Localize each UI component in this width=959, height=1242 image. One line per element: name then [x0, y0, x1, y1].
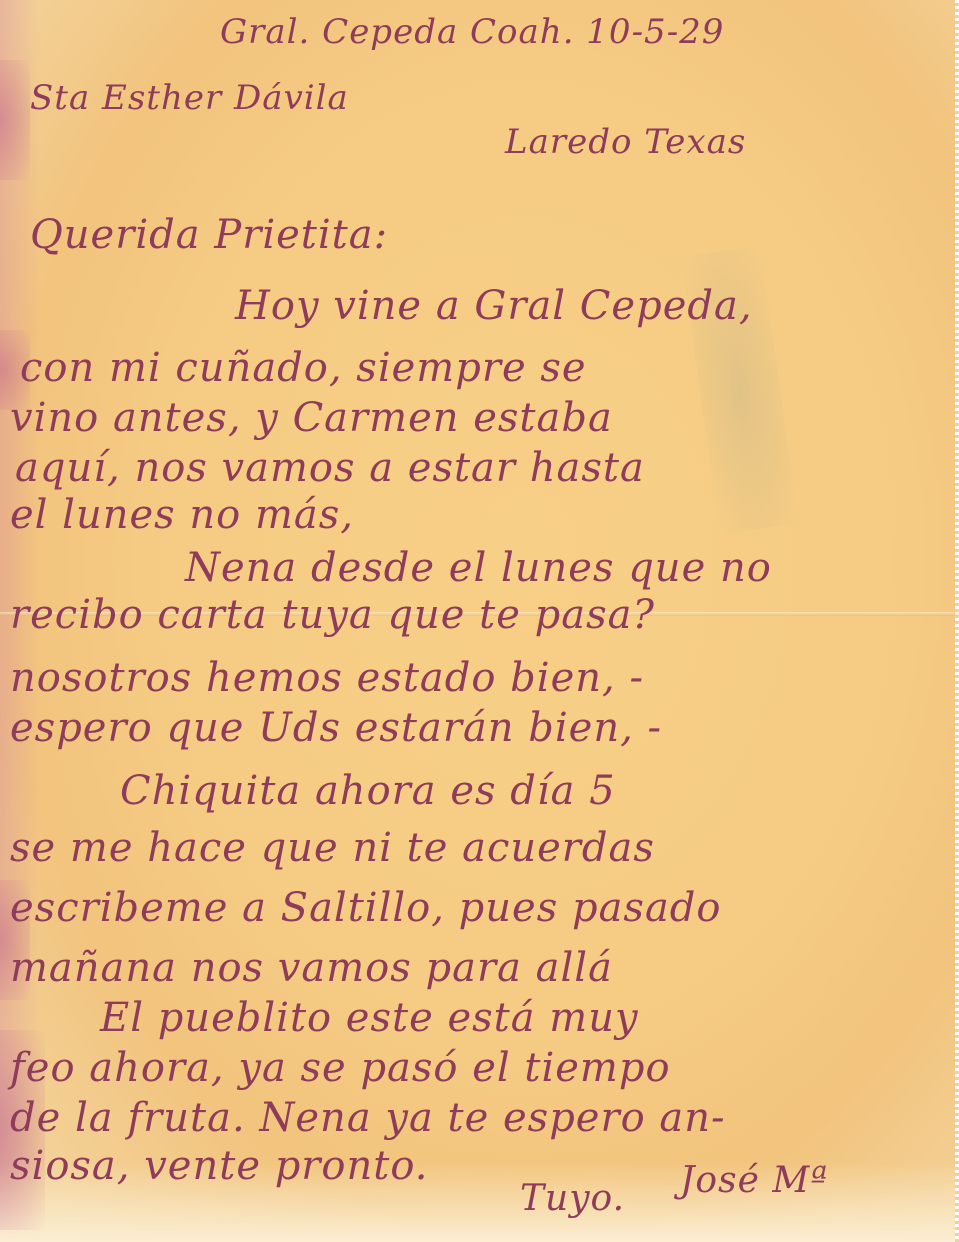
body-line: Nena desde el lunes que no	[185, 545, 772, 591]
body-line: escribeme a Saltillo, pues pasado	[10, 885, 721, 931]
body-line: espero que Uds estarán bien, -	[10, 705, 662, 751]
signature: José Mª	[680, 1160, 828, 1201]
body-line: siosa, vente pronto.	[10, 1143, 428, 1189]
place-date: Gral. Cepeda Coah. 10-5-29	[220, 12, 724, 52]
body-line: mañana nos vamos para allá	[10, 945, 613, 991]
body-line: se me hace que ni te acuerdas	[10, 825, 655, 871]
recipient-name: Sta Esther Dávila	[30, 78, 349, 118]
body-line: Hoy vine a Gral Cepeda,	[235, 283, 753, 329]
paper-perforated-edge	[955, 0, 959, 1242]
body-line: aquí, nos vamos a estar hasta	[15, 445, 645, 491]
letter-page: Gral. Cepeda Coah. 10-5-29 Sta Esther Dá…	[0, 0, 959, 1242]
ink-blot	[0, 60, 30, 180]
body-line: nosotros hemos estado bien, -	[10, 655, 644, 701]
body-line: el lunes no más,	[10, 492, 354, 538]
recipient-city: Laredo Texas	[505, 122, 746, 162]
salutation: Querida Prietita:	[30, 212, 388, 258]
body-line: con mi cuñado, siempre se	[20, 345, 587, 391]
body-line: Chiquita ahora es día 5	[120, 768, 616, 814]
body-line: recibo carta tuya que te pasa?	[10, 592, 655, 638]
closing: Tuyo.	[520, 1178, 625, 1219]
body-line: feo ahora, ya se pasó el tiempo	[10, 1045, 671, 1091]
body-line: vino antes, y Carmen estaba	[10, 395, 613, 441]
body-line: El pueblito este está muy	[100, 995, 639, 1041]
body-line: de la fruta. Nena ya te espero an-	[10, 1095, 726, 1141]
